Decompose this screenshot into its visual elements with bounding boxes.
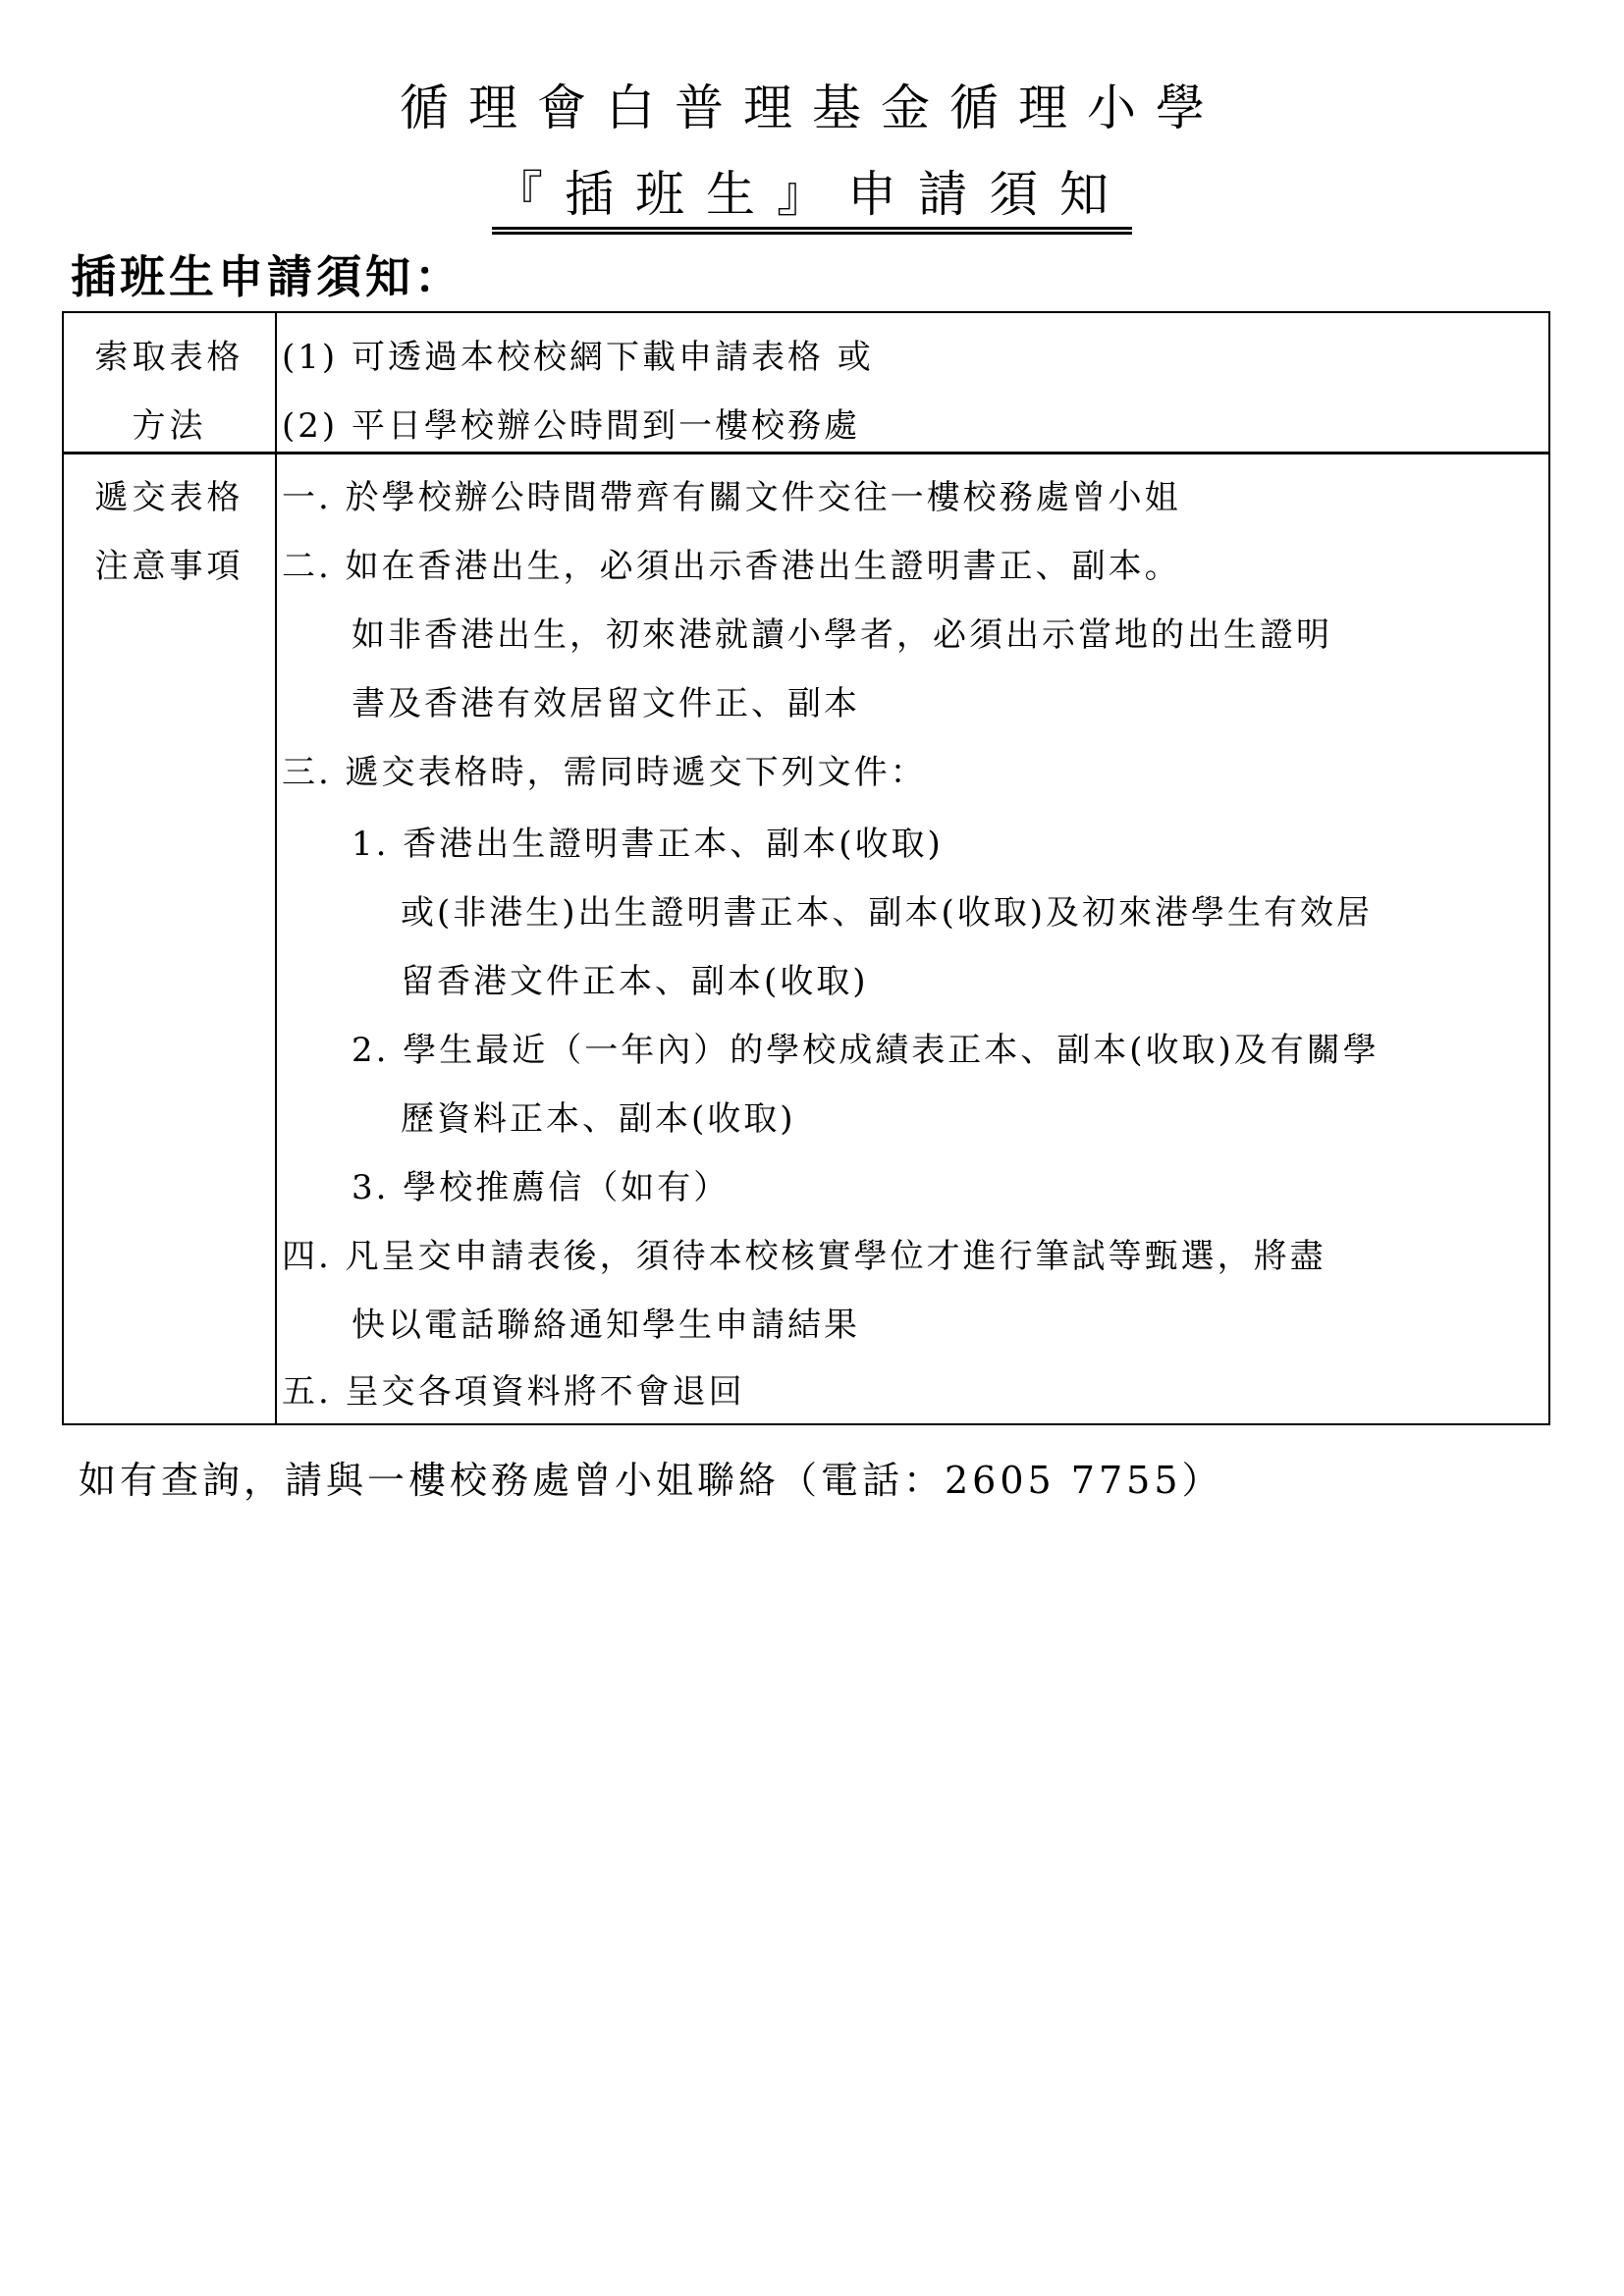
row-label-obtain-form-line1: 索取表格 xyxy=(64,323,275,392)
contact-footer: 如有查詢，請與一樓校務處曾小姐聯絡（電話：2605 7755） xyxy=(79,1451,1223,1510)
obtain-method-2: (2) 平日學校辦公時間到一樓校務處 xyxy=(282,392,860,460)
doc-item-1-cont-1: 或(非港生)出生證明書正本、副本(收取)及初來港學生有效居 xyxy=(401,879,1373,947)
note-2-cont-2: 書及香港有效居留文件正、副本 xyxy=(352,669,860,738)
title-double-underline xyxy=(492,227,1132,235)
underline-top xyxy=(492,227,1132,230)
note-4: 四. 凡呈交申請表後，須待本校核實學位才進行筆試等甄選，將盡 xyxy=(282,1222,1326,1291)
doc-item-1-cont-2: 留香港文件正本、副本(收取) xyxy=(401,947,869,1016)
note-4-cont: 快以電話聯絡通知學生申請結果 xyxy=(352,1291,860,1360)
document-title: 『插班生』申請須知 xyxy=(0,165,1624,224)
school-name-title: 循理會白普理基金循理小學 xyxy=(0,79,1624,137)
row-label-obtain-form-line2: 方法 xyxy=(64,392,275,460)
note-3: 三. 遞交表格時，需同時遞交下列文件： xyxy=(282,738,927,807)
note-1: 一. 於學校辦公時間帶齊有關文件交往一樓校務處曾小姐 xyxy=(282,463,1181,532)
doc-item-3: 3. 學校推薦信（如有） xyxy=(352,1153,730,1222)
row-label-submit-notes-line2: 注意事項 xyxy=(64,532,275,601)
obtain-method-1: (1) 可透過本校校網下載申請表格 或 xyxy=(282,323,874,392)
column-divider xyxy=(275,313,277,1423)
doc-item-2: 2. 學生最近（一年內）的學校成績表正本、副本(收取)及有關學 xyxy=(352,1016,1380,1085)
section-heading: 插班生申請須知： xyxy=(71,247,463,306)
doc-item-1: 1. 香港出生證明書正本、副本(收取) xyxy=(352,810,944,879)
note-2: 二. 如在香港出生，必須出示香港出生證明書正、副本。 xyxy=(282,532,1181,601)
row-label-submit-notes-line1: 遞交表格 xyxy=(64,463,275,532)
underline-bottom xyxy=(492,232,1132,235)
note-5: 五. 呈交各項資料將不會退回 xyxy=(282,1358,745,1426)
doc-item-2-cont: 歷資料正本、副本(收取) xyxy=(401,1085,796,1153)
application-info-table: 索取表格 方法 (1) 可透過本校校網下載申請表格 或 (2) 平日學校辦公時間… xyxy=(62,311,1550,1425)
note-2-cont-1: 如非香港出生，初來港就讀小學者，必須出示當地的出生證明 xyxy=(352,601,1332,669)
